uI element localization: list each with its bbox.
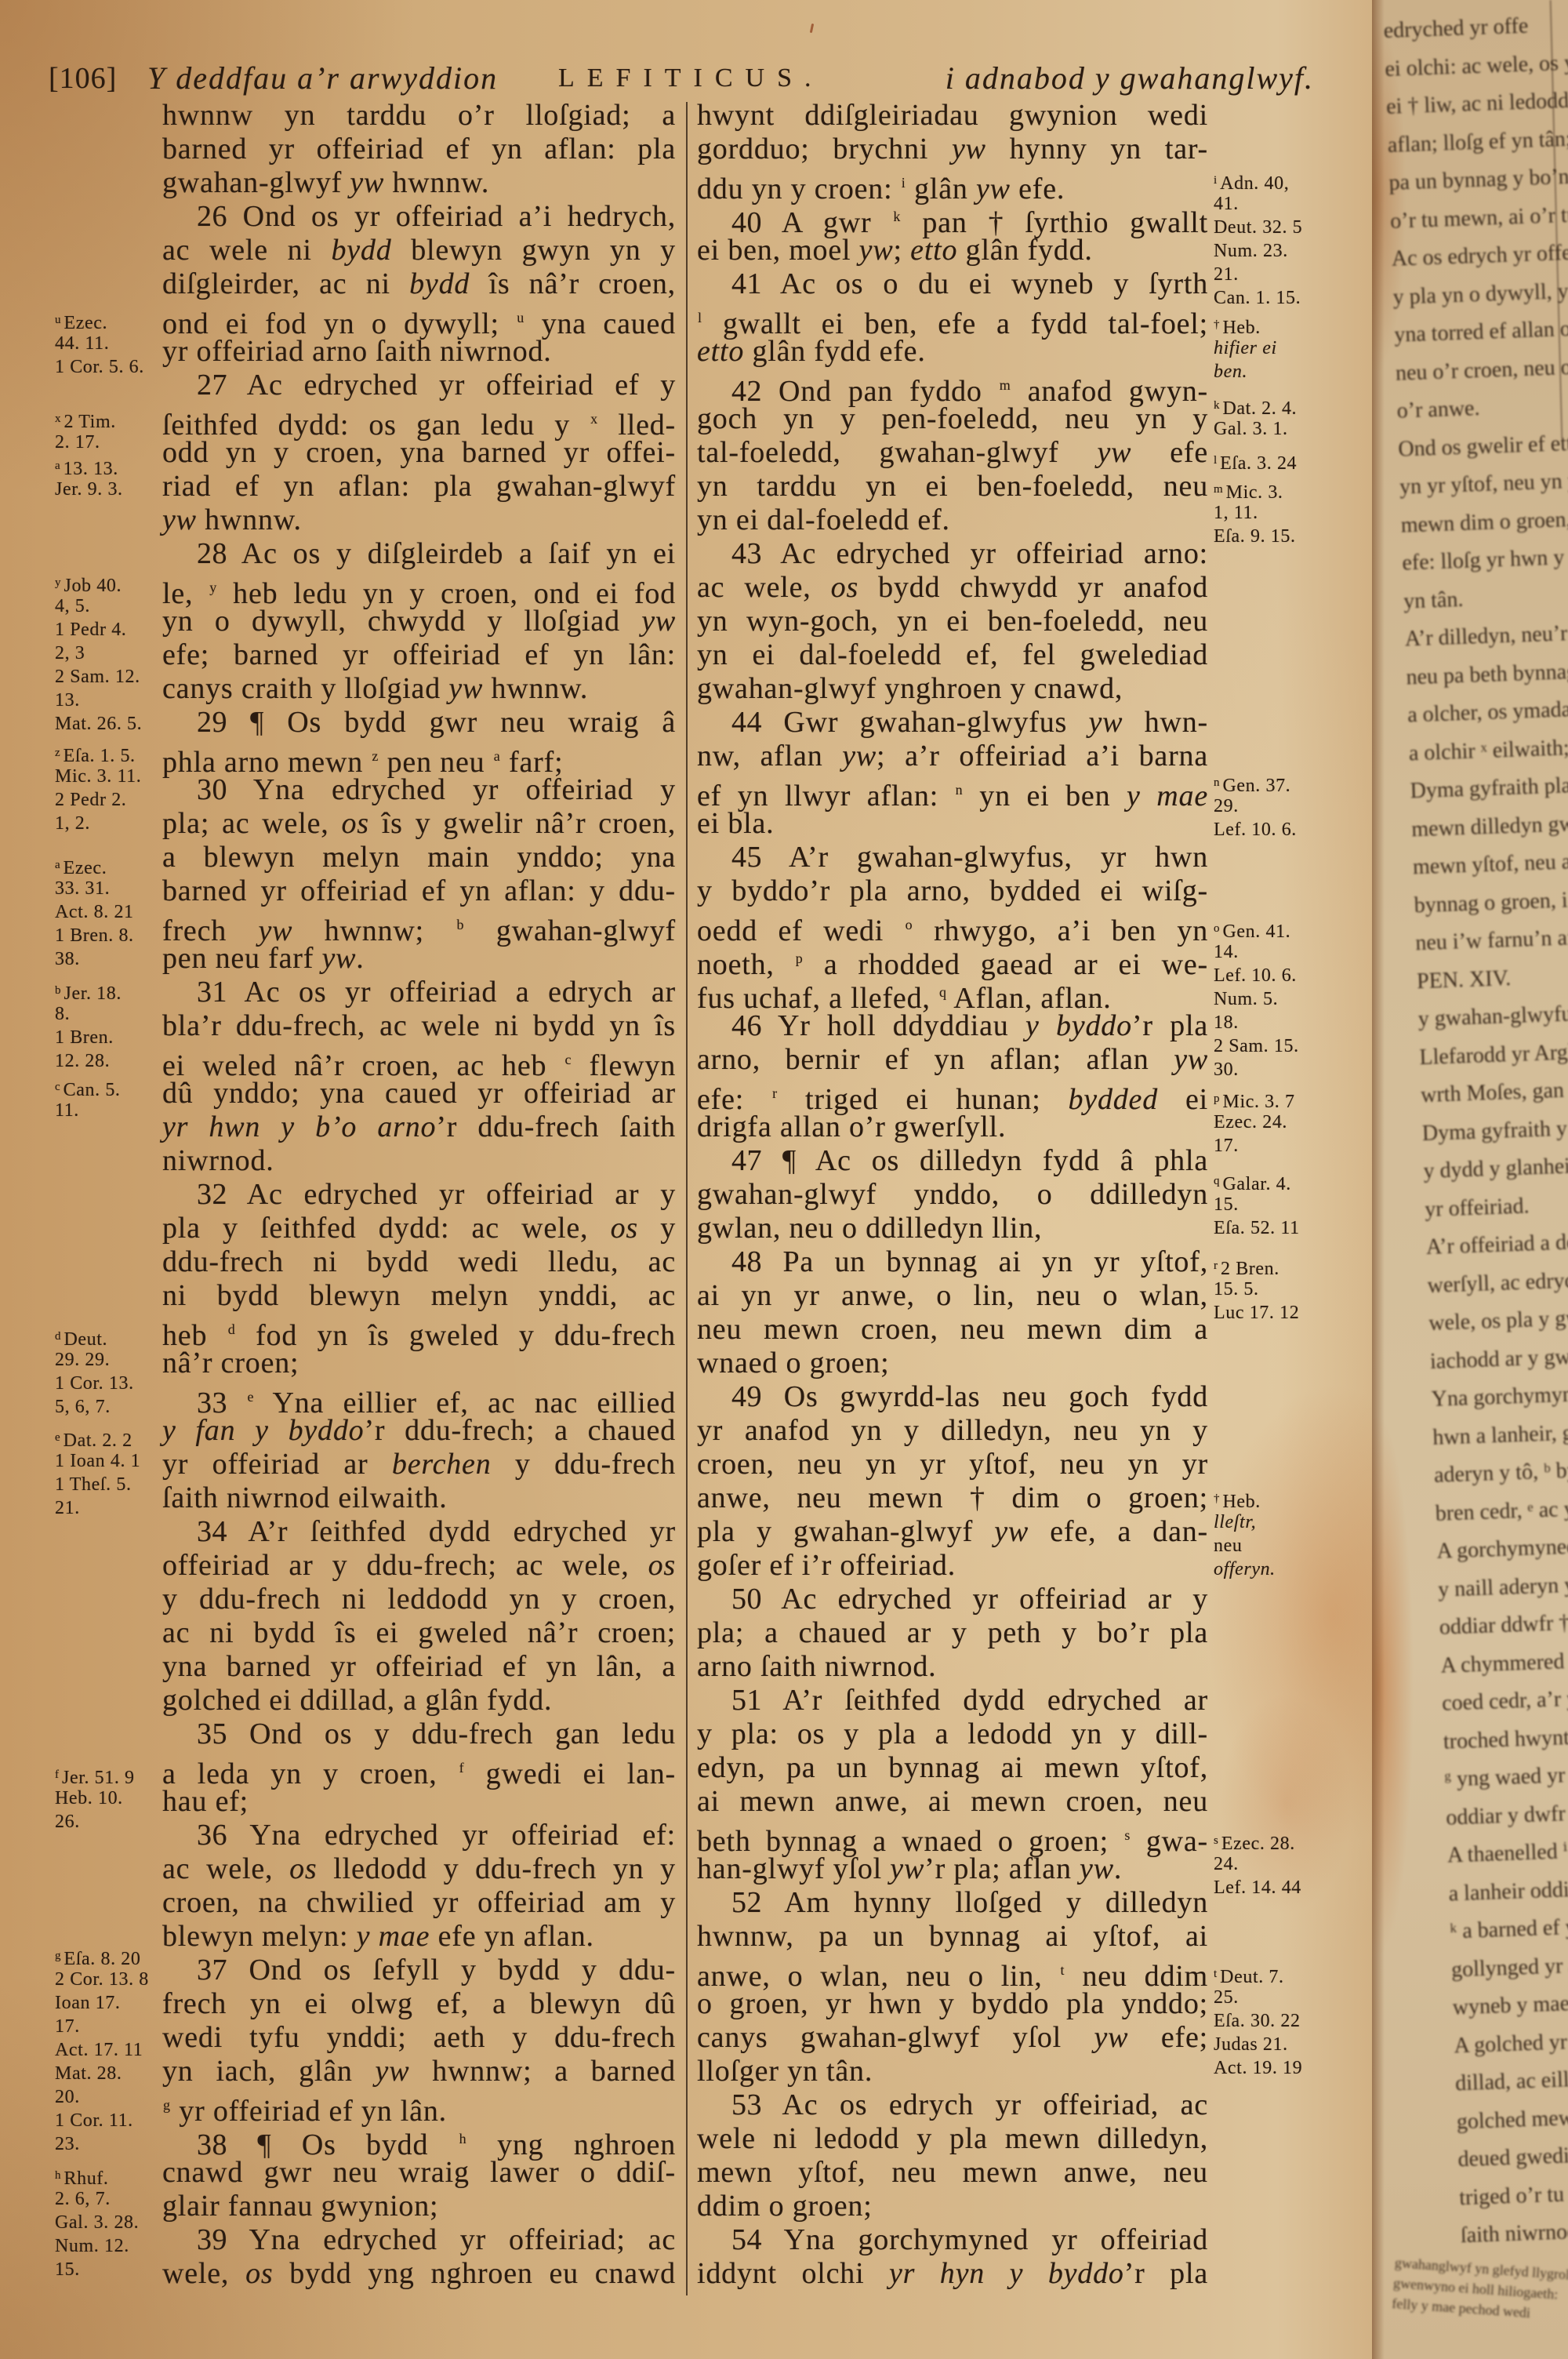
italic-run: yw [859,234,894,267]
margin-note: gEſa. 8. 202 Cor. 13. 8Ioan 17.17.Act. 1… [55,1944,149,2156]
margin-note-line: Lef. 14. 44 [1214,1876,1301,1899]
text-line: beth bynnag a wnaed o groen; s gwa- [697,1819,1208,1852]
text-run: glân fydd efe. [744,335,925,368]
scripture-reference: 1 Cor. 11. [55,2110,133,2131]
footnote-marker: g [163,2097,170,2113]
margin-note-line: Jer. 9. 3. [55,478,123,501]
scripture-reference: Deut. 7. [1220,1967,1283,1987]
footnote-marker: † [1214,318,1220,331]
text-line: oedd ef wedi o rhwygo, a’i ben yn [697,908,1208,942]
margin-note-line: 29. 29. [55,1348,134,1372]
text-line: wele ni ledodd y pla mewn dilledyn, [697,2122,1208,2156]
scripture-reference: Num. 23. [1214,241,1288,261]
line-content: efe; barned yr offeiriad ef yn lân: [162,638,676,672]
margin-note-line: 2. 6, 7. [55,2187,139,2211]
scripture-reference: Ioan 17. [55,1993,120,2013]
verse-number: 48 [731,1245,762,1278]
scripture-reference: Gal. 3. 28. [55,2212,139,2233]
line-content: ddim o groen; [697,2190,873,2223]
text-run: o groen, yr hwn y byddo pla ynddo; [697,1987,1208,2020]
line-content: ai yn yr anwe, o lin, neu o wlan, [697,1279,1208,1313]
scripture-reference: Mic. 3. 11. [55,766,141,787]
verse-start-line: 52 Am hynny lloſged y dilledyn [697,1886,1208,1920]
margin-note-line: 1 Bren. [55,1026,122,1049]
line-content: yn iach, glân yw hwnnw; a barned [162,2055,676,2088]
line-content: ac wele, os lledodd y ddu-frech yn y [162,1852,676,1886]
footnote-marker: s [1124,1827,1130,1843]
text-run: ai mewn anwe, ai mewn croen, neu [697,1785,1208,1818]
text-line: diſgleirder, ac ni bydd îs nâ’r croen, [162,267,676,301]
italic-run: bydd [409,267,470,300]
text-line: gwlan, neu o ddilledyn llin, [697,1212,1208,1245]
text-run: Yna edryched yr offeiriad y [227,773,676,806]
footnote-marker: a [55,460,60,472]
verse-start-line: 40 A gwr k pan † ſyrthio gwallt [697,200,1208,234]
text-line: lloſger yn tân. [697,2055,1208,2088]
line-content: yn tarddu yn ei ben-foeledd, neu [697,470,1208,503]
margin-note-line: Luc 17. 12 [1214,1301,1299,1325]
footnote-marker: q [1214,1175,1220,1187]
verse-number: 43 [731,537,762,570]
text-line: anwe, neu mewn † dim o groen; [697,1481,1208,1515]
margin-note-line: Act. 8. 21 [55,900,134,924]
scripture-reference: Lef. 10. 6. [1214,820,1297,840]
scripture-reference: 1 Cor. 13. [55,1373,134,1394]
italic-run: yw [1098,436,1132,469]
margin-note-line: mMic. 3. [1214,478,1296,501]
text-run: nâ’r croen; [162,1347,299,1379]
scripture-reference: Deut. [64,1329,108,1350]
verse-number: 53 [731,2088,762,2121]
scripture-reference: Mic. 3. 7 [1223,1092,1295,1112]
scripture-reference: 41. [1214,194,1239,214]
text-run: hwynt ddiſgleiriadau gwynion wedi [697,99,1208,132]
verse-start-line: 39 Yna edryched yr offeiriad; ac [162,2223,676,2257]
margin-note-line: 21. [55,1496,140,1520]
line-content: glair fannau gwynion; [162,2190,438,2223]
scripture-reference: Can. 5. [64,1080,121,1100]
text-run: gwahan-glwyf ynghroen y cnawd, [697,672,1123,705]
verse-start-line: 49 Os gwyrdd-las neu goch fydd [697,1380,1208,1414]
footnote-marker: p [1214,1092,1220,1105]
text-run: han-glwyf yſol [697,1852,890,1885]
text-line: wnaed o groen; [697,1347,1208,1380]
line-content: frech yn ei olwg ef, a blewyn dû [162,1987,676,2021]
text-run: Am hynny lloſged y dilledyn [762,1886,1208,1919]
verse-start-line: 31 Ac os yr offeiriad a edrych ar [162,976,676,1009]
text-run: ¶ Os bydd gwr neu wraig â [227,706,676,739]
line-content: 30 Yna edryched yr offeiriad y [197,773,676,807]
margin-note-line: neu [1214,1534,1276,1558]
italic-run: yw [162,503,197,536]
footnote-marker: s [1214,1834,1218,1847]
text-line: goch yn y pen-foeledd, neu yn y [697,402,1208,436]
margin-note-line: 1, 11. [1214,501,1296,525]
scripture-reference: offeryn. [1214,1559,1276,1579]
margin-note-line: sEzec. 28. [1214,1829,1301,1852]
line-content: 48 Pa un bynnag ai yn yr yſtof, [731,1245,1208,1279]
text-run: pla y gwahan-glwyf [697,1515,994,1548]
text-run: arno ſaith niwrnod. [697,1650,936,1683]
text-run: Os gwyrdd-las neu goch fydd [762,1380,1208,1413]
margin-note-line: †Heb. [1214,313,1277,336]
verse-number: 28 [197,537,227,570]
verse-start-line: 46 Yr holl ddyddiau y byddo’r pla [697,1009,1208,1043]
text-run: pen neu farf [162,942,321,975]
text-run: hwnnw. [197,503,302,536]
verse-start-line: 54 Yna gorchymyned yr offeiriad [697,2223,1208,2257]
text-run: gwahan-glwyf ynddo, o ddilledyn [697,1178,1208,1211]
margin-note-line: hRhuf. [55,2164,139,2187]
margin-note-line: offeryn. [1214,1558,1276,1581]
margin-note-line: Deut. 32. 5 [1214,216,1302,239]
text-line: etto glân fydd efe. [697,335,1208,369]
line-content: yw hwnnw. [162,503,302,537]
scripture-reference: 2 Cor. 13. 8 [55,1969,149,1990]
italic-run: yw [376,2055,410,2088]
italic-run: yw [952,133,986,165]
line-content: 36 Yna edryched yr offeiriad ef: [197,1819,676,1852]
text-run: hwnnw yn tarddu o’r lloſgiad; a [162,99,676,132]
margin-note-line: 8. [55,1002,122,1026]
line-content: 29 ¶ Os bydd gwr neu wraig â [197,706,676,740]
footnote-marker: x [55,413,61,425]
text-run: gwlan, neu o ddilledyn llin, [697,1212,1042,1245]
scripture-reference: 25. [1214,1987,1239,2008]
scripture-reference: Num. 5. [1214,989,1278,1009]
scripture-reference: 2 Pedr 2. [55,790,126,810]
text-line: croen, na chwilied yr offeiriad am y [162,1886,676,1920]
margin-note-line: 20. [55,2085,149,2109]
line-content: gwahan-glwyf ynddo, o ddilledyn [697,1178,1208,1212]
margin-note-line: Mat. 26. 5. [55,712,142,736]
line-content: nâ’r croen; [162,1347,299,1380]
text-run: efe, a dan- [1029,1515,1208,1548]
verse-number: 34 [197,1515,227,1548]
margin-note-line: 12. 28. [55,1049,122,1073]
text-line: yn ei dal-foeledd ef. [697,503,1208,537]
text-run: Ac os edrych yr offeiriad, ac [762,2088,1208,2121]
text-line: offeiriad ar y ddu-frech; ac wele, os [162,1549,676,1583]
text-run: nw, aflan [697,740,842,772]
text-run: yr offeiriad ar [162,1448,392,1481]
verse-number: 51 [731,1684,762,1717]
text-run: lloſger yn tân. [697,2055,873,2088]
line-content: y byddo’r pla arno, bydded ei wiſg- [697,874,1208,908]
text-run: efe [1131,436,1208,469]
text-run: arno, bernir ef yn aflan; aflan [697,1043,1174,1076]
scripture-reference: Gal. 3. 1. [1214,419,1288,439]
scripture-reference: Mat. 28. [55,2063,122,2084]
line-content: gwlan, neu o ddilledyn llin, [697,1212,1042,1245]
line-content: han-glwyf yſol yw’r pla; aflan yw. [697,1852,1122,1886]
text-line: goſer ef i’r offeiriad. [697,1549,1208,1583]
margin-note-line: cCan. 5. [55,1075,121,1099]
line-content: 51 A’r ſeithfed dydd edryched ar [731,1684,1208,1717]
verse-number: 27 [197,369,227,402]
margin-note-line: 38. [55,947,134,971]
text-run: Ac edryched yr offeiriad ar y [227,1178,676,1211]
text-line: hwnnw, pa un bynnag ai yſtof, ai [697,1920,1208,1954]
text-line: edyn, pa un bynnag ai mewn yſtof, [697,1751,1208,1785]
text-run: gwahan-glwyf [162,166,350,199]
verse-number: 52 [731,1886,762,1919]
italic-run: yw [842,740,877,772]
text-run: Gwr gwahan-glwyfus [762,706,1089,739]
line-content: arno, bernir ef yn aflan; aflan yw [697,1043,1208,1077]
line-content: ei ben, moel yw; etto glân fydd. [697,234,1093,267]
text-line: efe; barned yr offeiriad ef yn lân: [162,638,676,672]
scripture-reference: 2. 6, 7. [55,2189,111,2209]
footnote-marker: x [590,411,597,427]
margin-note-line: 21. [1214,263,1302,286]
verse-start-line: 37 Ond os ſefyll y bydd y ddu- [162,1954,676,1987]
text-run: ei bla. [697,807,774,840]
text-line: cnawd gwr neu wraig lawer o ddiſ- [162,2156,676,2190]
text-run: ; a’r offeiriad a’i barna [877,740,1208,772]
text-line: wedi tyfu ynddi; aeth y ddu-frech [162,2021,676,2055]
margin-note-line: 2 Sam. 15. [1214,1034,1299,1058]
scripture-reference: 1 Cor. 5. 6. [55,357,144,377]
scripture-reference: 1 Ioan 4. 1 [55,1451,140,1471]
footnote-marker: i [1214,174,1217,187]
line-content: 39 Yna edryched yr offeiriad; ac [197,2223,676,2257]
line-content: iddynt olchi yr hyn y byddo’r pla [697,2257,1208,2291]
scripture-reference: 20. [55,2087,80,2107]
line-content: yna barned yr offeiriad ef yn lân, a [162,1650,676,1684]
text-line: wele, os bydd yng nghroen eu cnawd [162,2257,676,2291]
scripture-reference: Adn. 40, [1220,173,1289,194]
text-line: glair fannau gwynion; [162,2190,676,2223]
margin-note-line: Gal. 3. 1. [1214,417,1297,441]
line-content: yn ei dal-foeledd ef, fel gwelediad [697,638,1208,672]
footnote-marker: d [55,1330,61,1343]
text-run: goſer ef i’r offeiriad. [697,1549,956,1582]
margin-note-line: pMic. 3. 7 [1214,1087,1295,1110]
italic-run: yw [1174,1043,1208,1076]
italic-run: bydd [331,234,391,267]
line-content: ac wele, os bydd chwydd yr anafod [697,571,1208,605]
text-run: blewyn gwyn yn y [392,234,676,267]
line-content: anwe, neu mewn † dim o groen; [697,1481,1208,1515]
text-line: yr offeiriad arno ſaith niwrnod. [162,335,676,369]
text-line: a leda yn y croen, f gwedi ei lan- [162,1751,676,1785]
text-run: Ac edryched yr offeiriad arno: [762,537,1208,570]
scripture-reference: 29. 29. [55,1350,110,1370]
text-run: Ac edryched yr offeiriad ef y [227,369,676,402]
line-content: 50 Ac edryched yr offeiriad ar y [731,1583,1208,1616]
text-run: wedi tyfu ynddi; aeth y ddu-frech [162,2021,676,2054]
verse-number: 29 [197,706,227,739]
text-line: pla; a chaued ar y peth y bo’r pla [697,1616,1208,1650]
margin-note-line: †Heb. [1214,1487,1276,1510]
line-content: croen, neu yn yr yſtof, neu yn yr [697,1448,1208,1481]
line-content: 34 A’r ſeithfed dydd edryched yr [197,1515,676,1549]
margin-note-line: Num. 12. [55,2234,139,2258]
margin-note: bJer. 18.8.1 Bren.12. 28. [55,979,122,1073]
text-line: y pla: os y pla a ledodd yn y dill- [697,1717,1208,1751]
text-run: lledodd y ddu-frech yn y [317,1852,676,1885]
line-content: 47 ¶ Ac os dilledyn fydd â phla [731,1144,1208,1178]
text-line: le, y heb ledu yn y croen, ond ei fod [162,571,676,605]
footnote-marker: z [55,747,60,759]
italic-run: yw [1094,2021,1129,2054]
italic-run: y fan y byddo [162,1414,364,1447]
italic-run: os [648,1549,676,1582]
text-line: yr hwn y b’o arno’r ddu-frech ſaith [162,1110,676,1144]
margin-note: nGen. 37.29.Lef. 10. 6. [1214,771,1297,841]
scripture-reference: Dat. 2. 2 [64,1430,132,1451]
text-run: ; [893,234,910,267]
scripture-reference: 18. [1214,1012,1239,1033]
text-line: yn ei dal-foeledd ef, fel gwelediad [697,638,1208,672]
footnote-marker: m [1214,483,1223,496]
verse-number: 45 [731,841,762,874]
text-run: ’r ddu-frech; a chaued [364,1414,676,1447]
line-content: nw, aflan yw; a’r offeiriad a’i barna [697,740,1208,773]
text-run: ’r pla [1132,1009,1208,1042]
margin-note-line: Heb. 10. [55,1787,135,1810]
line-content: blewyn melyn: y mae efe yn aflan. [162,1920,594,1954]
text-line: iddynt olchi yr hyn y byddo’r pla [697,2257,1208,2291]
text-run: hynny yn tar- [986,133,1208,165]
text-line: croen, neu yn yr yſtof, neu yn yr [697,1448,1208,1481]
margin-note: tDeut. 7.25.Eſa. 30. 22Judas 21.Act. 19.… [1214,1962,1302,2080]
scripture-reference: 13. 13. [64,459,118,479]
text-line: ac wele, os bydd chwydd yr anafod [697,571,1208,605]
text-run: ac wele ni [162,234,331,267]
verse-start-line: 45 A’r gwahan-glwyfus, yr hwn [697,841,1208,874]
text-line: blewyn melyn: y mae efe yn aflan. [162,1920,676,1954]
text-run: barned yr offeiriad ef yn aflan: y ddu- [162,874,676,907]
line-content: 53 Ac os edrych yr offeiriad, ac [731,2088,1208,2122]
text-run: niwrnod. [162,1144,274,1177]
line-content: 44 Gwr gwahan-glwyfus yw hwn- [731,706,1208,740]
text-run: A’r gwahan-glwyfus, yr hwn [762,841,1208,874]
text-run: anwe, neu mewn † dim o groen; [697,1481,1208,1514]
text-run: y ddu-frech [492,1448,677,1481]
footnote-marker: l [698,310,702,325]
text-line: fus uchaf, a llefed, q Aflan, aflan. [697,976,1208,1009]
verse-start-line: 36 Yna edryched yr offeiriad ef: [162,1819,676,1852]
verse-start-line: 47 ¶ Ac os dilledyn fydd â phla [697,1144,1208,1178]
scripture-reference: 23. [55,2134,80,2154]
line-content: offeiriad ar y ddu-frech; ac wele, os [162,1549,676,1583]
scripture-reference: 15. 5. [1214,1279,1259,1299]
text-run: y [638,1212,676,1245]
text-line: hwnnw yn tarddu o’r lloſgiad; a [162,99,676,133]
italic-run: os [611,1212,638,1245]
text-line: y ddu-frech ni leddodd yn y croen, [162,1583,676,1616]
margin-note-line: Act. 17. 11 [55,2038,149,2062]
margin-note-line: 5, 6, 7. [55,1395,134,1419]
footnote-marker: r [772,1085,777,1101]
text-line: o groen, yr hwn y byddo pla ynddo; [697,1987,1208,2021]
margin-note-line: Can. 1. 15. [1214,286,1302,310]
margin-note-line: Gal. 3. 28. [55,2211,139,2234]
text-line: ei ben, moel yw; etto glân fydd. [697,234,1208,267]
scripture-reference: 14. [1214,942,1239,962]
verse-number: 41 [731,267,762,300]
line-content: hwnnw, pa un bynnag ai yſtof, ai [697,1920,1208,1954]
text-run: offeiriad ar y ddu-frech; ac wele, [162,1549,648,1582]
line-content: mewn yſtof, neu mewn anwe, neu [697,2156,1208,2190]
scripture-reference: neu [1214,1536,1242,1556]
scripture-reference: 38. [55,949,80,969]
line-content: lloſger yn tân. [697,2055,873,2088]
line-content: yr offeiriad ar berchen y ddu-frech [162,1448,676,1481]
text-run: hau ef; [162,1785,249,1818]
footnote-marker: b [55,984,61,997]
line-content: ei bla. [697,807,774,841]
scripture-reference: Ezec. [64,313,108,333]
scripture-reference: Ezec. 28. [1221,1834,1295,1854]
text-run: canys craith y lloſgiad [162,672,448,705]
footnote-marker: e [55,1431,60,1444]
text-run: diſgleirder, ac ni [162,267,409,300]
verse-number: 47 [731,1144,762,1177]
text-line: canys gwahan-glwyf yſol yw efe; [697,2021,1208,2055]
text-line: dû ynddo; yna caued yr offeiriad ar [162,1077,676,1110]
text-run: wnaed o groen; [697,1347,889,1379]
footnote-marker: † [1214,1492,1220,1505]
footnote-marker: f [55,1768,59,1781]
margin-note-line: 4, 5. [55,594,142,618]
text-run: y pla: os y pla a ledodd yn y dill- [697,1717,1208,1750]
text-run: hwnnw; a barned [409,2055,676,2088]
footnote-marker: q [939,984,946,1000]
text-line: gwahan-glwyf ynddo, o ddilledyn [697,1178,1208,1212]
scripture-reference: Lef. 14. 44 [1214,1877,1301,1898]
italic-run: yw [1089,706,1123,739]
scripture-reference: Can. 1. 15. [1214,288,1301,308]
line-content: 54 Yna gorchymyned yr offeiriad [731,2223,1208,2257]
margin-note: sEzec. 28.24.Lef. 14. 44 [1214,1829,1301,1899]
margin-note-line: 2, 3 [55,642,142,665]
italic-run: yw [321,942,356,975]
text-line: yr anafod yn y dilledyn, neu yn y [697,1414,1208,1448]
text-line: yr offeiriad ar berchen y ddu-frech [162,1448,676,1481]
italic-run: yw [641,605,676,638]
line-content: pen neu farf yw. [162,942,365,976]
text-run: îs nâ’r croen, [470,267,676,300]
line-content: yr anafod yn y dilledyn, neu yn y [697,1414,1208,1448]
margin-note-line: Mat. 28. [55,2062,149,2085]
scripture-reference: Luc 17. 12 [1214,1303,1299,1323]
margin-note-line: 33. 31. [55,877,134,900]
margin-note-line: 44. 11. [55,332,144,355]
scripture-reference: 2 Tim. [64,412,116,432]
verse-start-line: 28 Ac os y diſgleirdeb a ſaif yn ei [162,537,676,571]
margin-note: iAdn. 40,41.Deut. 32. 5Num. 23.21.Can. 1… [1214,169,1302,310]
text-line: yna barned yr offeiriad ef yn lân, a [162,1650,676,1684]
scripture-reference: Act. 19. 19 [1214,2058,1302,2078]
text-line: ai yn yr anwe, o lin, neu o wlan, [697,1279,1208,1313]
text-line: neu mewn croen, neu mewn dim a [697,1313,1208,1347]
margin-note-line: aEzec. [55,853,134,877]
scripture-reference: hifier ei [1214,338,1277,358]
footnote-marker: u [55,314,61,326]
margin-note-line: 11. [55,1099,121,1122]
line-content: 49 Os gwyrdd-las neu goch fydd [731,1380,1208,1414]
line-content: pla; ac wele, os îs y gwelir nâ’r croen, [162,807,676,841]
margin-note-line: eDat. 2. 2 [55,1426,140,1449]
text-run: Ond os ſefyll y bydd y ddu- [227,1954,676,1986]
text-line: nâ’r croen; [162,1347,676,1380]
text-line: yn o dywyll, chwydd y lloſgiad yw [162,605,676,638]
verse-start-line: 44 Gwr gwahan-glwyfus yw hwn- [697,706,1208,740]
text-run: efe; [1128,2021,1208,2054]
